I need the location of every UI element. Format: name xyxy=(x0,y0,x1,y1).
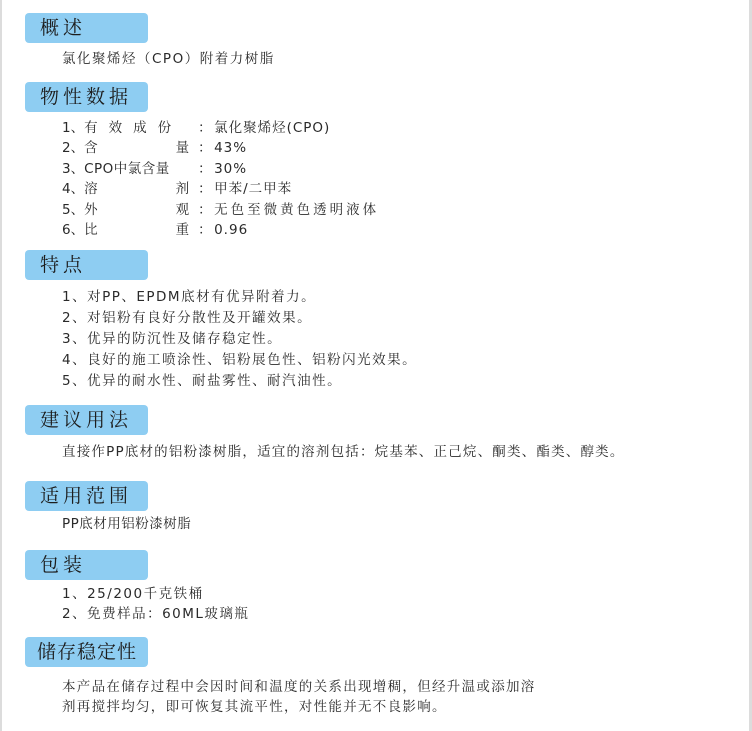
page-border-left xyxy=(0,0,2,731)
property-number: 4、 xyxy=(62,179,84,199)
property-colon: ： xyxy=(198,118,214,138)
packaging-item: 2、免费样品：60ML玻璃瓶 xyxy=(62,604,249,624)
feature-item: 1、对PP、EPDM底材有优异附着力。 xyxy=(62,287,417,308)
packaging-list: 1、25/200千克铁桶 2、免费样品：60ML玻璃瓶 xyxy=(62,584,249,624)
storage-text: 本产品在储存过程中会因时间和温度的关系出现增稠，但经升温或添加溶 剂再搅拌均匀，… xyxy=(62,677,536,717)
property-value: 甲苯/二甲苯 xyxy=(214,179,292,199)
property-colon: ： xyxy=(198,220,214,240)
property-label: 含量 xyxy=(84,138,198,158)
application-text: PP底材用铝粉漆树脂 xyxy=(62,514,191,534)
property-label: 有效成份 xyxy=(84,118,198,138)
property-colon: ： xyxy=(198,138,214,158)
feature-item: 3、优异的防沉性及储存稳定性。 xyxy=(62,329,417,350)
storage-line: 本产品在储存过程中会因时间和温度的关系出现增稠，但经升温或添加溶 xyxy=(62,677,536,697)
property-row: 5、 外观 ： 无色至微黄色透明液体 xyxy=(62,200,379,220)
property-value: 氯化聚烯烃(CPO) xyxy=(214,118,330,138)
property-number: 5、 xyxy=(62,200,84,220)
property-colon: ： xyxy=(198,179,214,199)
section-header-features: 特点 xyxy=(25,250,148,280)
section-header-overview: 概述 xyxy=(25,13,148,43)
property-label: 溶剂 xyxy=(84,179,198,199)
property-colon: ： xyxy=(198,159,214,179)
feature-item: 5、优异的耐水性、耐盐雾性、耐汽油性。 xyxy=(62,371,417,392)
features-list: 1、对PP、EPDM底材有优异附着力。 2、对铝粉有良好分散性及开罐效果。 3、… xyxy=(62,287,417,392)
property-row: 2、 含量 ： 43% xyxy=(62,138,379,158)
section-header-usage: 建议用法 xyxy=(25,405,148,435)
property-value: 43% xyxy=(214,138,247,158)
property-value: 无色至微黄色透明液体 xyxy=(214,200,379,220)
feature-item: 2、对铝粉有良好分散性及开罐效果。 xyxy=(62,308,417,329)
storage-line: 剂再搅拌均匀，即可恢复其流平性，对性能并无不良影响。 xyxy=(62,697,536,717)
property-row: 3、 CPO中氯含量 ： 30% xyxy=(62,159,379,179)
section-header-packaging: 包装 xyxy=(25,550,148,580)
property-number: 6、 xyxy=(62,220,84,240)
section-header-properties: 物性数据 xyxy=(25,82,148,112)
property-number: 1、 xyxy=(62,118,84,138)
property-row: 6、 比重 ： 0.96 xyxy=(62,220,379,240)
usage-text: 直接作PP底材的铝粉漆树脂，适宜的溶剂包括：烷基苯、正己烷、酮类、酯类、醇类。 xyxy=(62,442,625,462)
section-header-storage: 储存稳定性 xyxy=(25,637,148,667)
property-row: 1、 有效成份 ： 氯化聚烯烃(CPO) xyxy=(62,118,379,138)
property-label: 外观 xyxy=(84,200,198,220)
property-colon: ： xyxy=(198,200,214,220)
property-label: 比重 xyxy=(84,220,198,240)
overview-text: 氯化聚烯烃（CPO）附着力树脂 xyxy=(62,49,275,69)
section-header-application: 适用范围 xyxy=(25,481,148,511)
property-label: CPO中氯含量 xyxy=(84,159,198,179)
property-value: 0.96 xyxy=(214,220,248,240)
property-number: 3、 xyxy=(62,159,84,179)
packaging-item: 1、25/200千克铁桶 xyxy=(62,584,249,604)
property-value: 30% xyxy=(214,159,247,179)
properties-list: 1、 有效成份 ： 氯化聚烯烃(CPO) 2、 含量 ： 43% 3、 CPO中… xyxy=(62,118,379,240)
property-number: 2、 xyxy=(62,138,84,158)
property-row: 4、 溶剂 ： 甲苯/二甲苯 xyxy=(62,179,379,199)
feature-item: 4、良好的施工喷涂性、铝粉展色性、铝粉闪光效果。 xyxy=(62,350,417,371)
